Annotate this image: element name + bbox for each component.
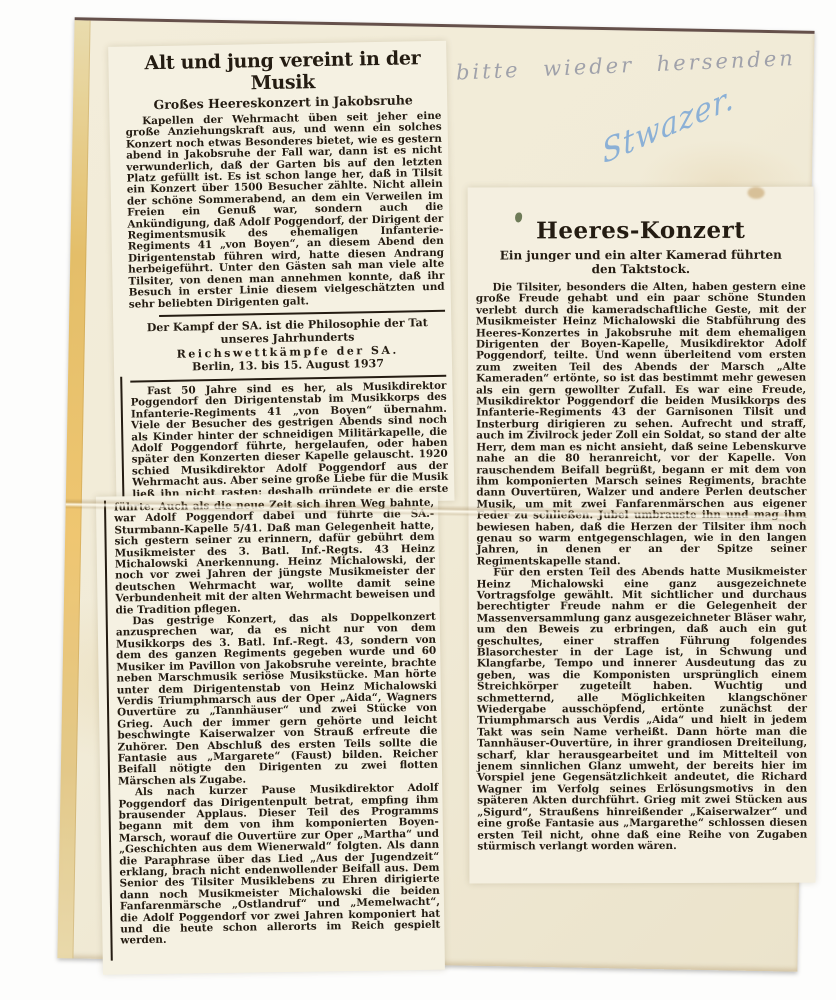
left-article-paragraph-3: führte. Auch als die neue Zeit sich ihre…	[114, 498, 436, 617]
handwritten-pencil-note: bitte wieder hersenden	[456, 45, 827, 85]
worn-left-edge	[57, 20, 90, 958]
clipping-left-lower: führte. Auch als die neue Zeit sich ihre…	[96, 492, 445, 975]
column-rule-upper	[120, 377, 124, 507]
left-article-paragraph-1: Kapellen der Wehrmacht üben seit jeher e…	[125, 111, 445, 311]
right-article-paragraph-1: Die Tilsiter, besonders die Alten, haben…	[476, 282, 807, 568]
left-article-title: Alt und jung vereint in der Musik	[124, 47, 441, 97]
left-article-paragraph-2: Fast 50 Jahre sind es her, als Musikdire…	[130, 381, 448, 507]
right-article-subtitle-line1: Ein junger und ein alter Kamerad führten	[500, 248, 782, 263]
right-article-subtitle-line2: den Taktstock.	[592, 262, 690, 276]
right-article-subtitle: Ein junger und ein alter Kamerad führten…	[476, 248, 806, 277]
right-article-title: Heeres-Konzert	[476, 217, 806, 245]
scrapbook-scan: Alt und jung vereint in der Musik Großes…	[0, 0, 836, 1000]
clipping-right: Heeres-Konzert Ein junger und ein alter …	[468, 187, 816, 884]
column-rule-lower	[104, 501, 113, 961]
left-article-paragraph-4: Das gestrige Konzert, das als Doppelkonz…	[116, 612, 439, 788]
right-article-paragraph-2: Für den ersten Teil des Abends hatte Mus…	[477, 567, 808, 853]
clipping-left-upper: Alt und jung vereint in der Musik Großes…	[108, 41, 454, 507]
backing-paper: Alt und jung vereint in der Musik Großes…	[57, 17, 814, 971]
sa-notice-box: Der Kampf der SA. ist die Philosophie de…	[129, 316, 446, 376]
left-article-paragraph-5: Als nach kurzer Pause Musikdirektor Adol…	[118, 783, 440, 947]
brown-stain	[747, 187, 764, 199]
blue-ink-signature: Stwazer.	[600, 79, 736, 172]
